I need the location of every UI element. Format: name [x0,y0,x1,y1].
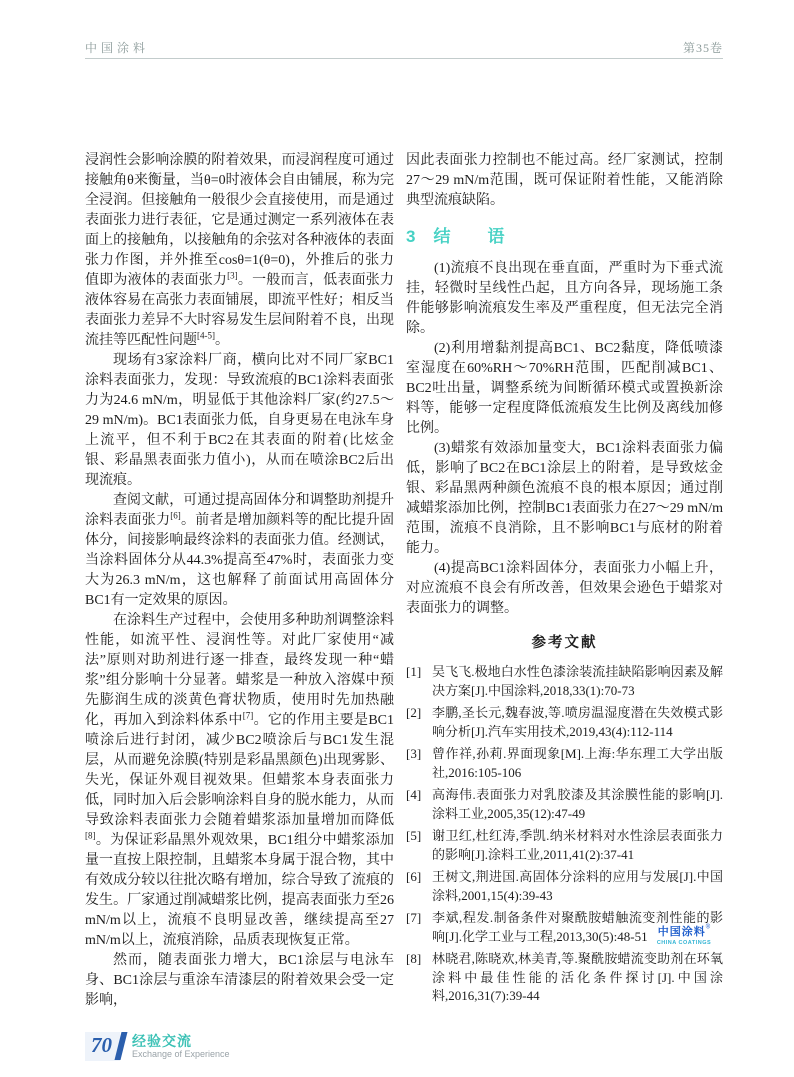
reference-text: 林晓君,陈晓欢,林美青,等.聚酰胺蜡流变助剂在环氧涂料中最佳性能的活化条件探讨[… [432,950,723,1006]
paragraph: 浸润性会影响涂膜的附着效果，而浸润程度可通过接触角θ来衡量，当θ=0时液体会自由… [85,151,394,351]
reference-number: [7] [406,909,432,946]
paragraph: (1)流痕不良出现在垂直面，严重时为下垂式流挂，轻微时呈线性凸起，且方向各异，现… [406,259,723,339]
reference-text: 李鹏,圣长元,魏春波,等.喷房温湿度潜在失效模式影响分析[J].汽车实用技术,2… [432,704,723,741]
reference-item: [4]高海伟.表面张力对乳胶漆及其涂膜性能的影响[J].涂料工业,2005,35… [406,786,723,823]
reference-item: [2]李鹏,圣长元,魏春波,等.喷房温湿度潜在失效模式影响分析[J].汽车实用技… [406,704,723,741]
section-heading-conclusion: 3结 语 [406,227,723,247]
reference-number: [2] [406,704,432,741]
logo-registered-mark: ® [706,925,710,931]
footer-section-cn: 经验交流 [132,1033,230,1049]
reference-number: [3] [406,745,432,782]
reference-text: 谢卫红,杜红涛,季凯.纳米材料对水性涂层表面张力的影响[J].涂料工业,2011… [432,827,723,864]
section-number: 3 [406,227,417,246]
section-title: 结 语 [433,227,514,246]
reference-item: [1]吴飞飞.极地白水性色漆涂装流挂缺陷影响因素及解决方案[J].中国涂料,20… [406,663,723,700]
reference-text: 曾作祥,孙莉.界面现象[M].上海:华东理工大学出版社,2016:105-106 [432,745,723,782]
right-column-intro: 因此表面张力控制也不能过高。经厂家测试，控制27～29 mN/m范围，既可保证附… [406,151,723,211]
reference-item: [8]林晓君,陈晓欢,林美青,等.聚酰胺蜡流变助剂在环氧涂料中最佳性能的活化条件… [406,950,723,1006]
paragraph: 现场有3家涂料厂商，横向比对不同厂家BC1涂料表面张力，发现：导致流痕的BC1涂… [85,351,394,491]
page-footer: 70 经验交流 Exchange of Experience [85,1030,230,1062]
footer-section-en: Exchange of Experience [132,1049,230,1059]
volume-label: 第35卷 [683,39,723,56]
reference-number: [4] [406,786,432,823]
journal-logo: 中国涂料® CHINA COATINGS [645,922,723,946]
paragraph: (3)蜡浆有效添加量变大，BC1涂料表面张力偏低，影响了BC2在BC1涂层上的附… [406,439,723,559]
reference-text: 王树文,荆进国.高固体分涂料的应用与发展[J].中国涂料,2001,15(4):… [432,868,723,905]
reference-item: [5]谢卫红,杜红涛,季凯.纳米材料对水性涂层表面张力的影响[J].涂料工业,2… [406,827,723,864]
paper-page: 中国涂料 第35卷 浸润性会影响涂膜的附着效果，而浸润程度可通过接触角θ来衡量，… [0,0,794,1077]
references-list: [1]吴飞飞.极地白水性色漆涂装流挂缺陷影响因素及解决方案[J].中国涂料,20… [406,663,723,1006]
paragraph: (4)提高BC1涂料固体分，表面张力小幅上升，对应流痕不良会有所改善，但效果会逊… [406,559,723,619]
paragraph: 在涂料生产过程中，会使用多种助剂调整涂料性能，如流平性、浸润性等。对此厂家使用“… [85,611,394,951]
paragraph: 因此表面张力控制也不能过高。经厂家测试，控制27～29 mN/m范围，既可保证附… [406,151,723,211]
paragraph: 然而，随表面张力增大，BC1涂层与电泳车身、BC1涂层与重涂车清漆层的附着效果会… [85,951,394,1011]
reference-item: [3]曾作祥,孙莉.界面现象[M].上海:华东理工大学出版社,2016:105-… [406,745,723,782]
reference-number: [1] [406,663,432,700]
reference-text: 吴飞飞.极地白水性色漆涂装流挂缺陷影响因素及解决方案[J].中国涂料,2018,… [432,663,723,700]
reference-number: [6] [406,868,432,905]
reference-item: [6]王树文,荆进国.高固体分涂料的应用与发展[J].中国涂料,2001,15(… [406,868,723,905]
logo-text-en: CHINA COATINGS [645,940,723,946]
reference-number: [5] [406,827,432,864]
reference-number: [8] [406,950,432,1006]
conclusion-paragraphs: (1)流痕不良出现在垂直面，严重时为下垂式流挂，轻微时呈线性凸起，且方向各异，现… [406,259,723,619]
left-column: 浸润性会影响涂膜的附着效果，而浸润程度可通过接触角θ来衡量，当θ=0时液体会自由… [85,151,394,1011]
header-divider [85,58,723,59]
footer-section: 经验交流 Exchange of Experience [132,1033,230,1059]
right-column: 因此表面张力控制也不能过高。经厂家测试，控制27～29 mN/m范围，既可保证附… [406,151,723,1010]
reference-text: 高海伟.表面张力对乳胶漆及其涂膜性能的影响[J].涂料工业,2005,35(12… [432,786,723,823]
page-header: 中国涂料 第35卷 [85,36,723,56]
paragraph: 查阅文献，可通过提高固体分和调整助剂提升涂料表面张力[6]。前者是增加颜料等的配… [85,491,394,611]
references-title: 参考文献 [406,633,723,653]
journal-title: 中国涂料 [85,39,149,56]
logo-text-cn: 中国涂料 [658,926,706,938]
paragraph: (2)利用增黏剂提高BC1、BC2黏度，降低喷漆室湿度在60%RH～70%RH范… [406,339,723,439]
